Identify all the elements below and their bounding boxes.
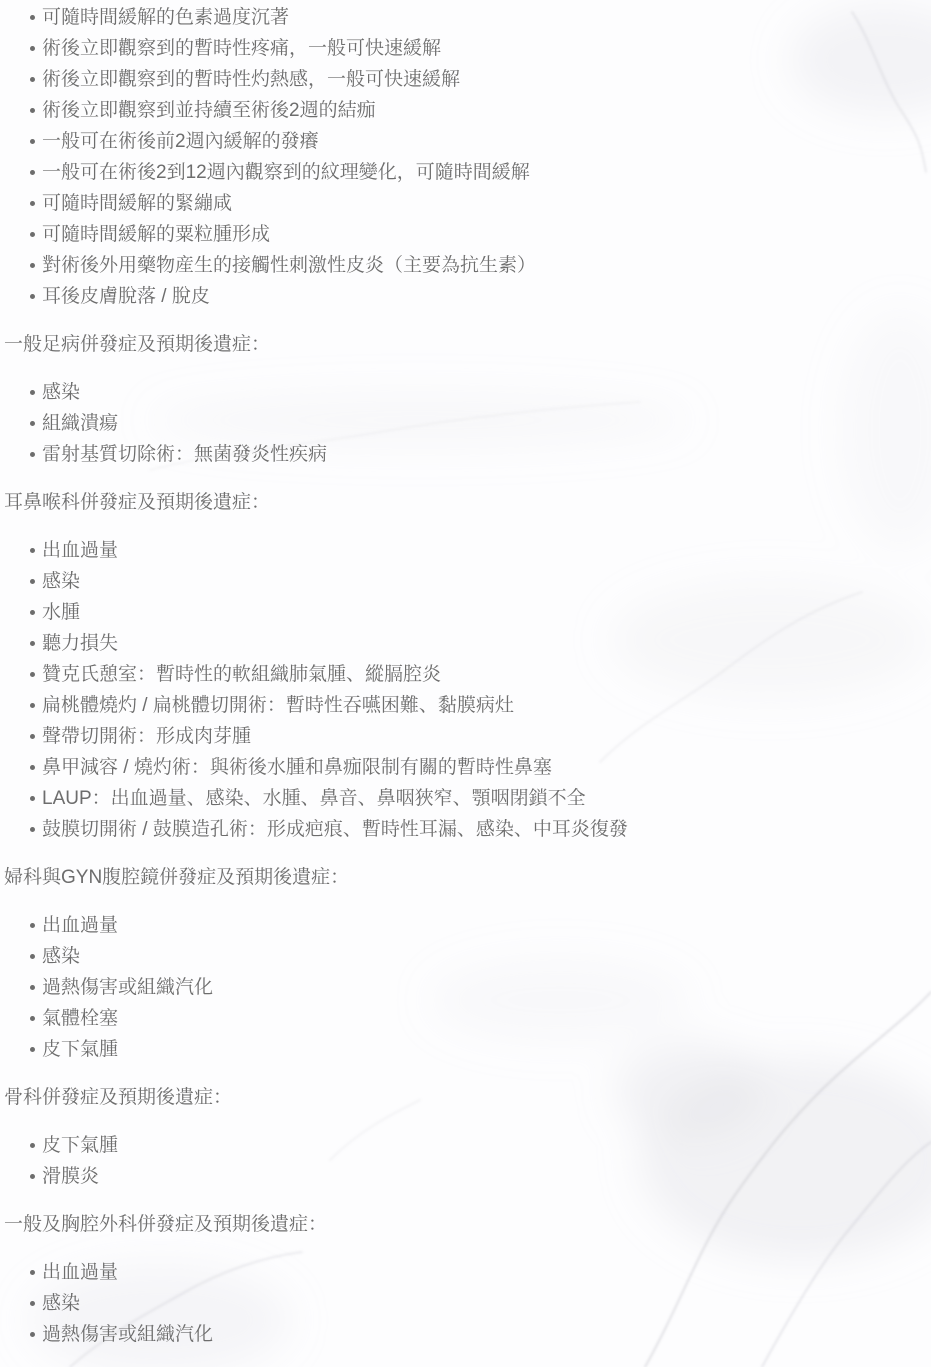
list-item: 皮下氣腫: [42, 1034, 911, 1065]
list-item: 組織潰瘍: [42, 408, 911, 439]
list-item: 鼓膜切開術 / 鼓膜造孔術：形成疤痕、暫時性耳漏、感染、中耳炎復發: [42, 814, 911, 845]
list-item: 聲帶切開術：形成肉芽腫: [42, 721, 911, 752]
list-item: 耳後皮膚脫落 / 脫皮: [42, 281, 911, 312]
section-heading: 一般足病併發症及預期後遺症：: [4, 329, 911, 360]
list-item: 水腫: [42, 597, 911, 628]
list-item: 感染: [42, 941, 911, 972]
list-item: 雷射基質切除術：無菌發炎性疾病: [42, 439, 911, 470]
list-item: 可隨時間緩解的緊繃咸: [42, 188, 911, 219]
list-item: 出血過量: [42, 910, 911, 941]
list-item: 扁桃體燒灼 / 扁桃體切開術：暫時性吞嚥困難、黏膜病灶: [42, 690, 911, 721]
list-item: 術後立即觀察到的暫時性疼痛，一般可快速緩解: [42, 33, 911, 64]
bullet-list: 可隨時間緩解的色素過度沉著術後立即觀察到的暫時性疼痛，一般可快速緩解術後立即觀察…: [4, 2, 911, 312]
list-item: 術後立即觀察到的暫時性灼熱感，一般可快速緩解: [42, 64, 911, 95]
list-item: 感染: [42, 377, 911, 408]
list-item: 可隨時間緩解的粟粒腫形成: [42, 219, 911, 250]
list-item: 可隨時間緩解的色素過度沉著: [42, 2, 911, 33]
list-item: 氣體栓塞: [42, 1003, 911, 1034]
section-heading: 婦科與GYN腹腔鏡併發症及預期後遺症：: [4, 862, 911, 893]
list-item: 聽力損失: [42, 628, 911, 659]
document-content: 可隨時間緩解的色素過度沉著術後立即觀察到的暫時性疼痛，一般可快速緩解術後立即觀察…: [0, 0, 931, 1350]
list-item: 出血過量: [42, 535, 911, 566]
bullet-list: 出血過量感染過熱傷害或組織汽化氣體栓塞皮下氣腫: [4, 910, 911, 1065]
list-item: 感染: [42, 566, 911, 597]
list-item: 鼻甲減容 / 燒灼術：與術後水腫和鼻痂限制有關的暫時性鼻塞: [42, 752, 911, 783]
list-item: 感染: [42, 1288, 911, 1319]
section-heading: 一般及胸腔外科併發症及預期後遺症：: [4, 1209, 911, 1240]
list-item: 皮下氣腫: [42, 1130, 911, 1161]
list-item: 術後立即觀察到並持續至術後2週的結痂: [42, 95, 911, 126]
section-heading: 耳鼻喉科併發症及預期後遺症：: [4, 487, 911, 518]
list-item: 過熱傷害或組織汽化: [42, 972, 911, 1003]
bullet-list: 感染組織潰瘍雷射基質切除術：無菌發炎性疾病: [4, 377, 911, 470]
page: { "page": { "text_color": "#6d6d6d", "ba…: [0, 0, 931, 1367]
list-item: 出血過量: [42, 1257, 911, 1288]
list-item: 一般可在術後前2週內緩解的發癢: [42, 126, 911, 157]
bullet-list: 出血過量感染水腫聽力損失贊克氏憩室：暫時性的軟組織肺氣腫、縱膈腔炎扁桃體燒灼 /…: [4, 535, 911, 845]
list-item: 一般可在術後2到12週內觀察到的紋理變化，可隨時間緩解: [42, 157, 911, 188]
section-heading: 骨科併發症及預期後遺症：: [4, 1082, 911, 1113]
list-item: LAUP：出血過量、感染、水腫、鼻音、鼻咽狹窄、顎咽閉鎖不全: [42, 783, 911, 814]
list-item: 過熱傷害或組織汽化: [42, 1319, 911, 1350]
list-item: 滑膜炎: [42, 1161, 911, 1192]
list-item: 對術後外用藥物産生的接觸性刺激性皮炎（主要為抗生素）: [42, 250, 911, 281]
list-item: 贊克氏憩室：暫時性的軟組織肺氣腫、縱膈腔炎: [42, 659, 911, 690]
bullet-list: 皮下氣腫滑膜炎: [4, 1130, 911, 1192]
bullet-list: 出血過量感染過熱傷害或組織汽化: [4, 1257, 911, 1350]
